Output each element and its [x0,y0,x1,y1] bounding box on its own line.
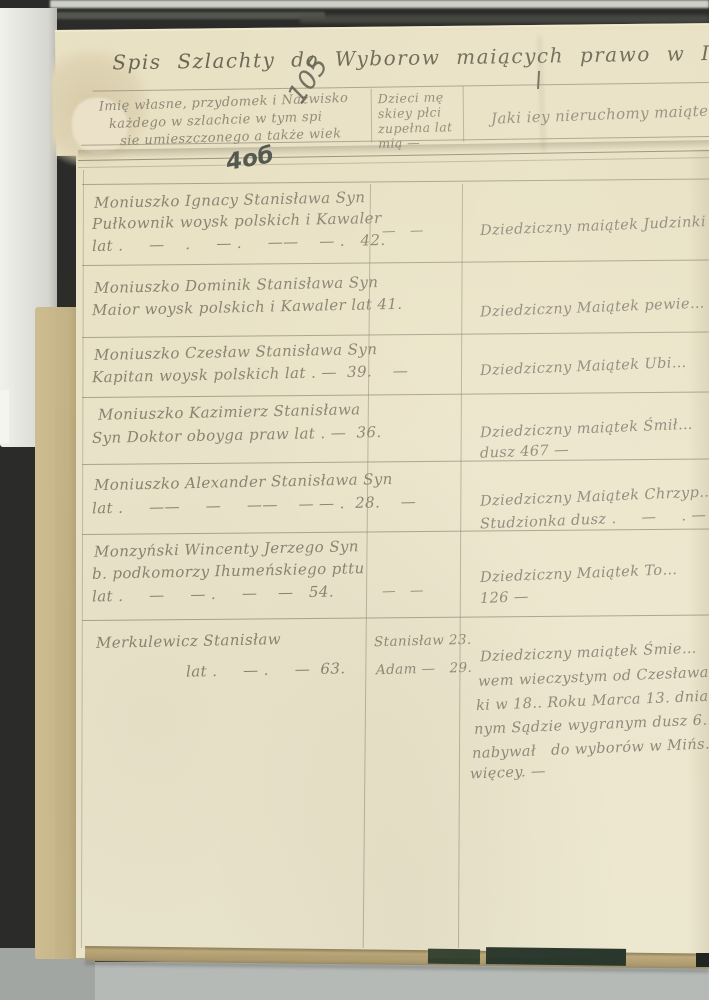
header-fragment: Spis Szlachty do Wyborow maiących prawo … [55,23,709,156]
underlying-page-sliver [0,390,9,443]
scanned-document: Spis Szlachty do Wyborow maiących prawo … [0,0,709,1000]
entry-line: Stanisław 23. [374,633,472,650]
column-header-children: skiey płci [378,105,442,121]
page-stack-edge [300,15,709,23]
entry-line: 126 — [480,590,529,608]
page-stack-edge [55,12,325,19]
page-stack-edge [50,0,709,8]
cover-green-segment [428,949,480,965]
page-title: Spis Szlachty do Wyborow maiących prawo … [112,39,709,73]
column-header-children: zupełna lat [378,120,453,136]
column-header-estate: Jaki iey nieruchomy maiątek … [491,102,709,128]
entry-line: — — [382,583,424,599]
entry-line: więcey. — [470,764,547,783]
entry-line: Adam — 29. [376,661,473,678]
entry-line: Merkulewicz Stanisław [96,631,281,651]
header-column-rule [463,86,465,142]
entry-line: lat . — . — 63. [186,660,346,680]
fragment-top-highlight [55,23,709,32]
cover-dark-corner [696,953,709,967]
header-column-rule [371,89,373,143]
cover-green-segment [486,947,626,966]
entry-line: — — [382,223,424,239]
